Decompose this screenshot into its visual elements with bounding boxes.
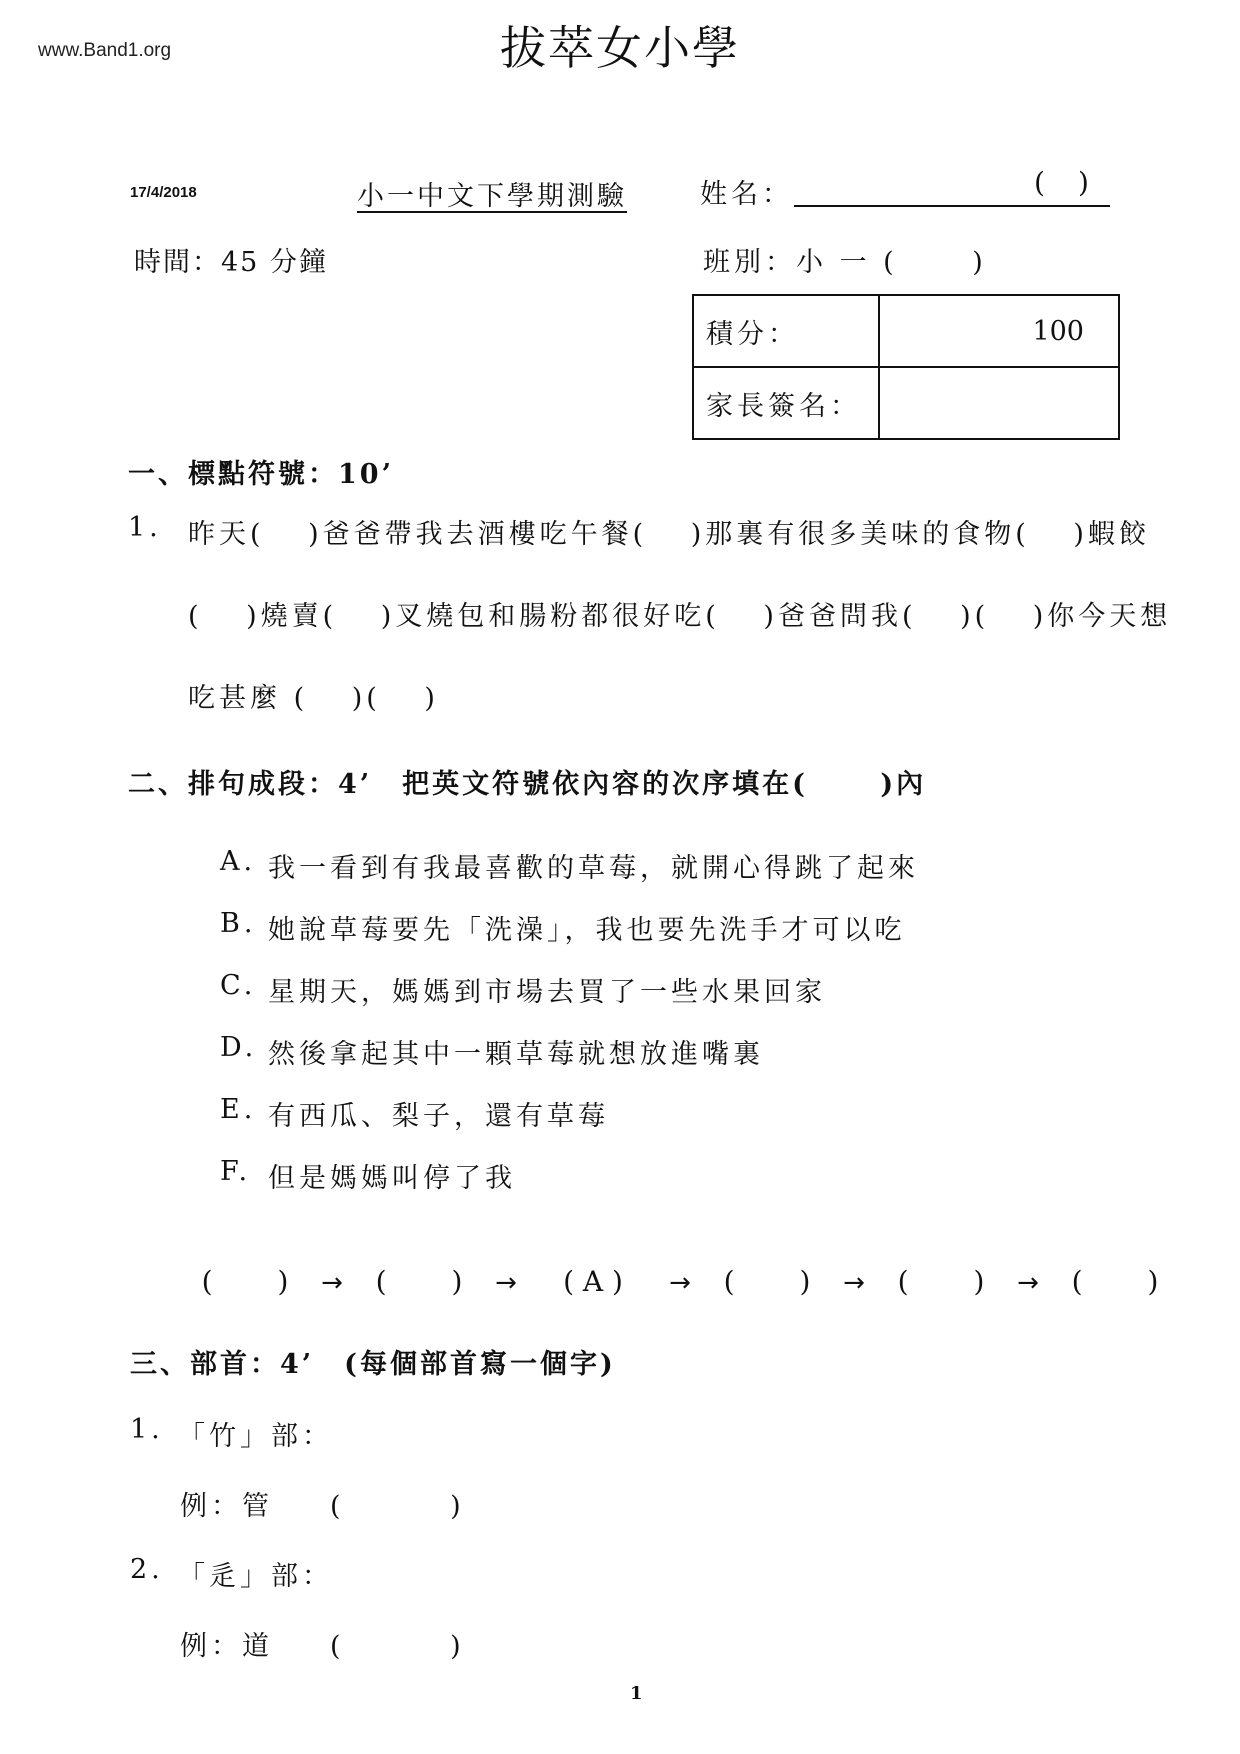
sentence-a-letter: A. — [220, 846, 256, 877]
class-number-field[interactable]: () — [1034, 166, 1089, 199]
sentence-e-letter: E. — [220, 1094, 256, 1125]
radical-2-label: 「辵」部： — [178, 1554, 333, 1593]
time-limit: 時間：45 分鐘 — [134, 240, 328, 279]
section1-line-1: 昨天( )爸爸帶我去酒樓吃午餐( )那裏有很多美味的食物( )蝦餃 — [188, 512, 1150, 551]
sentence-a: 我一看到有我最喜歡的草莓，就開心得跳了起來 — [268, 846, 919, 885]
page-number: 1 — [630, 1683, 643, 1704]
radical-2-number: 2. — [130, 1554, 164, 1585]
score-label: 積分： — [693, 295, 879, 367]
arrow-right-icon: → — [1006, 1268, 1050, 1298]
section1-question-number: 1. — [128, 512, 162, 543]
arrow-right-icon: → — [658, 1268, 702, 1298]
sentence-f: 但是媽媽叫停了我 — [268, 1156, 516, 1195]
section2-title: 二、排句成段：4’ 把英文符號依內容的次序填在( )內 — [128, 762, 926, 801]
exam-title: 小一中文下學期測驗 — [357, 174, 627, 213]
exam-date: 17/4/2018 — [130, 184, 197, 201]
score-value[interactable]: 100 — [879, 295, 1119, 367]
sentence-b-letter: B. — [220, 908, 256, 939]
name-label: 姓名： — [700, 172, 793, 211]
sequence-slot-4[interactable]: ( ) — [702, 1260, 832, 1300]
section1-line-2: ( )燒賣( )叉燒包和腸粉都很好吃( )爸爸問我( )( )你今天想 — [188, 594, 1171, 633]
arrow-right-icon: → — [484, 1268, 528, 1298]
sentence-e: 有西瓜、梨子，還有草莓 — [268, 1094, 609, 1133]
paren-open: ( — [1034, 166, 1078, 199]
sentence-f-letter: F. — [220, 1156, 251, 1187]
school-name: 拔萃女小學 — [0, 12, 1240, 78]
sentence-c: 星期天，媽媽到市場去買了一些水果回家 — [268, 970, 826, 1009]
score-row: 積分： 100 — [693, 295, 1119, 367]
radical-2-answer-field[interactable]: ( ) — [330, 1624, 465, 1663]
arrow-right-icon: → — [832, 1268, 876, 1298]
section1-title: 一、標點符號：10’ — [128, 452, 394, 491]
sequence-slot-2[interactable]: ( ) — [354, 1260, 484, 1300]
radical-1-number: 1. — [130, 1414, 164, 1445]
name-field[interactable] — [794, 205, 1110, 207]
arrow-right-icon: → — [310, 1268, 354, 1298]
sequence-answer-row: ( )→( )→( A )→( )→( )→( ) — [180, 1260, 1180, 1300]
sentence-d: 然後拿起其中一顆草莓就想放進嘴裏 — [268, 1032, 764, 1071]
paren-close: ) — [1078, 166, 1089, 199]
section1-line-3: 吃甚麼 ( )( ) — [188, 676, 439, 715]
sentence-c-letter: C. — [220, 970, 256, 1001]
sequence-slot-5[interactable]: ( ) — [876, 1260, 1006, 1300]
sequence-slot-6[interactable]: ( ) — [1050, 1260, 1180, 1300]
parent-signature-row: 家長簽名： — [693, 367, 1119, 439]
sentence-d-letter: D. — [220, 1032, 257, 1063]
radical-1-label: 「竹」部： — [178, 1414, 333, 1453]
parent-signature-field[interactable] — [879, 367, 1119, 439]
parent-signature-label: 家長簽名： — [693, 367, 879, 439]
class-field: 班別：小 一 ( ) — [703, 240, 987, 279]
radical-2-example: 例：道 — [180, 1624, 273, 1663]
radical-1-answer-field[interactable]: ( ) — [330, 1484, 465, 1523]
sequence-slot-1[interactable]: ( ) — [180, 1260, 310, 1300]
radical-1-example: 例：管 — [180, 1484, 273, 1523]
section3-title: 三、部首：4’ (每個部首寫一個字) — [130, 1342, 616, 1381]
score-table: 積分： 100 家長簽名： — [692, 294, 1120, 440]
sentence-b: 她說草莓要先「洗澡」，我也要先洗手才可以吃 — [268, 908, 906, 947]
sequence-slot-3: ( A ) — [528, 1265, 658, 1298]
